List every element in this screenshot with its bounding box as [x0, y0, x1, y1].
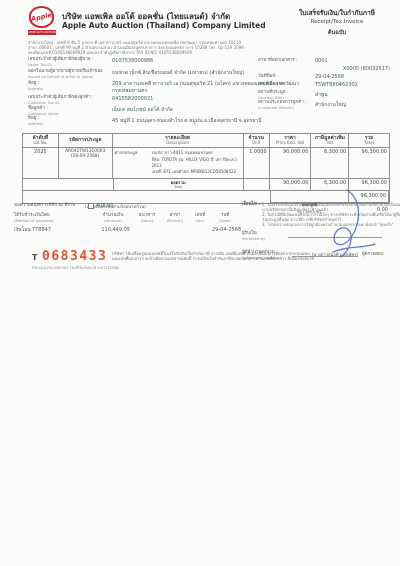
behalf-value: ธนชาต เน็กซ์ สินเชื่อรถยนต์ จำกัด (มหาชน… — [112, 70, 244, 77]
item-lot: 2025 — [23, 148, 59, 178]
withholding-label: ขอความอนุเคราะห์หัก ณ ที่จ่าย — [14, 203, 75, 209]
logo-script-text: Apple — [30, 11, 52, 23]
print-date-value: 29-04-2568 — [315, 74, 344, 81]
item-total: 96,300.00 — [349, 148, 389, 178]
col-unit-en: Unit — [246, 141, 267, 146]
seller-address-line1: 209 อาคารเคเคพี ทาวเวอร์ เอ ถนนสุขุมวิท … — [112, 81, 299, 88]
copy-label: ต้นฉบับ — [282, 29, 392, 37]
item-type: ค่ารถประมูล — [115, 149, 149, 177]
withholding-value: 408.00 — [96, 203, 114, 210]
seller-address-label-en: Address — [28, 87, 43, 92]
print-date-label: วันที่พิมพ์ : — [258, 74, 278, 80]
customer-tax-value: 0415582000021 — [112, 96, 153, 103]
issuing-branch-value: 0001 — [315, 58, 328, 65]
customer-name-value: เอ็นเค สมโภชน์ ออโต้ จำกัด — [112, 107, 173, 114]
item-desc-line1: รถเก๋ง: ขาว-4411 กรุงเทพมหานคร — [152, 149, 241, 156]
col-price-en: Price Excl. Vat — [272, 141, 309, 146]
items-table-header: ลำดับที่ Lot No. รหัสการประมูล รายละเอีย… — [23, 134, 389, 148]
behalf-label-en: Issued on behalf of seller or owner — [28, 75, 102, 80]
totals-label-en: Total — [116, 185, 241, 189]
seller-tax-value: 0107538000986 — [112, 58, 153, 65]
conditions-title: เงื่อนไข :- — [242, 202, 262, 208]
customer-tax-label-en: Customer Tax ID — [28, 101, 94, 106]
pay-col-date-en: (Date) — [212, 219, 238, 224]
doc-no-value: T5WT880462302 — [315, 82, 358, 89]
company-name-en: Apple Auto Auction (Thailand) Company Li… — [62, 21, 266, 30]
col-vat-en: Vat — [313, 141, 346, 146]
pay-col-bank-en: (Bank) — [134, 219, 160, 224]
col-code-th: รหัสการประมูล — [69, 137, 101, 143]
pay-col-branch-en: (Branch) — [162, 219, 188, 224]
col-desc-en: Description — [115, 141, 241, 146]
footer-note-line2: และเลขที่เอกสารฯ จะอ้างอิงตามเอกสารฉบับน… — [112, 256, 314, 261]
payment-method-value: เงินโอน TT8847 — [14, 227, 51, 234]
item-vat: 6,300.00 — [311, 148, 349, 178]
item-unit: 1.0000 — [244, 148, 270, 178]
issuing-branch-label: สาขาที่ออกเอกสาร : — [258, 58, 298, 64]
doc-ref-value: X0005 (80032517) — [300, 66, 390, 73]
company-logo-icon: Apple — [29, 6, 54, 28]
customer-address-label-en: Address — [28, 122, 43, 127]
customer-branch-value: สำนักงานใหญ่ — [315, 102, 346, 109]
logo-banner: APPLE AUTO AUCTION — [28, 30, 56, 35]
serial-number: 0683433 — [42, 249, 107, 264]
pay-col-amount-en: (Amount) — [96, 219, 130, 224]
payment-date-value: 29-04-2568 — [212, 227, 238, 234]
receipt-document: Apple APPLE AUTO AUCTION บริษัท แอพเพิล … — [0, 0, 400, 566]
item-code-date: (28-04-2568) — [61, 154, 110, 159]
pay-col-no-en: (No) — [190, 219, 210, 224]
col-total-en: Total — [351, 141, 387, 146]
customer-address-value: 45 หมู่ที่ 1 ถนนอุดร-หนองสำโรง ต.หมูม่น … — [112, 118, 262, 125]
seller-address-line2: กรุงเทพมหานคร — [112, 88, 147, 95]
doc-title-en: Receipt/Tax Invoice — [282, 19, 392, 25]
customer-branch-label-en: (Customer Branch) — [258, 106, 307, 111]
form-code: FM-AAA-FN-008-R01 (วันที่เริ่มบังคับใช้ … — [32, 266, 120, 271]
seller-tax-label-en: Seller Tax ID — [28, 63, 94, 68]
col-lot-en: Lot No. — [25, 141, 56, 146]
item-row: 2025 AR041TW1310003 (28-04-2568) ค่ารถปร… — [23, 148, 389, 179]
amount-in-words: (เก้าหมื่นหกพันสามร้อยบาทถ้วน) — [85, 205, 146, 210]
item-desc-line2: ยี่ห้อ: TOYOTA รุ่น: HILUX VIGO สี: เทา … — [152, 156, 241, 168]
doc-title-th: ใบเสร็จรับเงิน/ใบกำกับภาษี — [282, 8, 392, 18]
payment-method-label-en: (Method of payment) — [14, 219, 54, 224]
auction-site-value: ลำพูน — [315, 92, 328, 99]
received-by-label-en: Received by — [242, 237, 265, 242]
serial-prefix: T — [32, 253, 37, 262]
payment-amount-value: 110,449.05 — [96, 227, 130, 234]
item-desc-line3: เลขที่: 871 เลขตัวถัง: MR0KB13CD59508522… — [152, 168, 241, 177]
tax-registration-line3: ทะเบียนเลขที่ 0105538009929 เลขประจำตัวผ… — [28, 50, 192, 55]
withholding-checkbox — [88, 203, 94, 209]
item-price: 90,000.00 — [270, 148, 312, 178]
handwritten-signature — [303, 186, 395, 264]
